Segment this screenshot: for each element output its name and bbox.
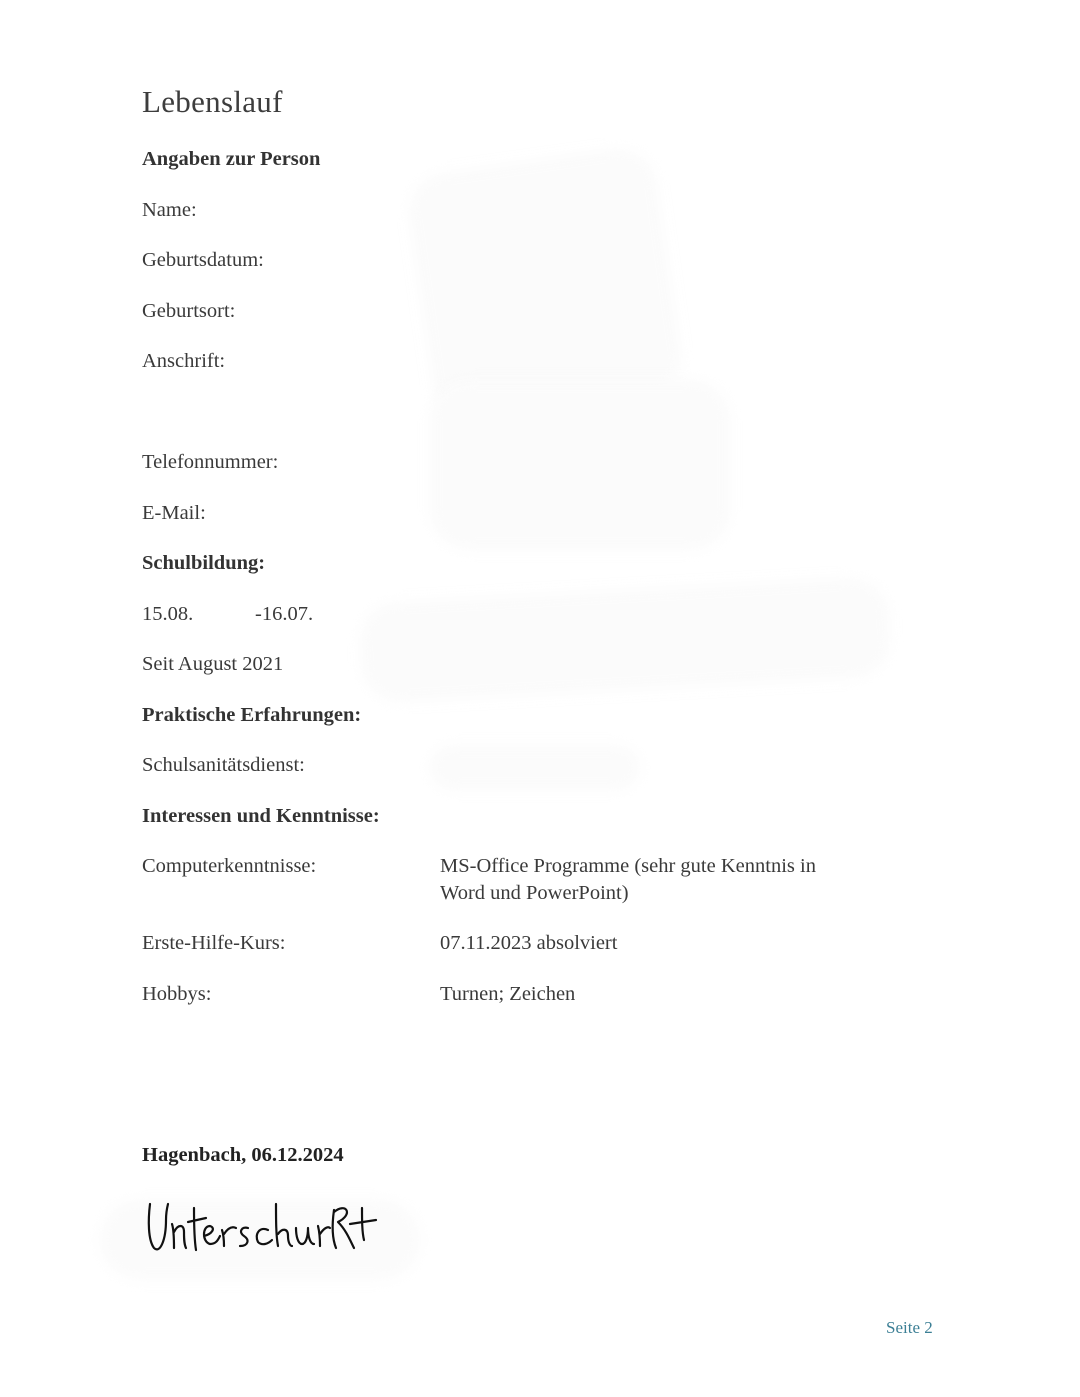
education-date-end: -16.07. — [255, 603, 313, 626]
section-heading-interests: Interessen und Kenntnisse: — [142, 805, 380, 828]
section-heading-personal: Angaben zur Person — [142, 148, 320, 171]
redaction-smudge — [430, 380, 730, 550]
field-label-address: Anschrift: — [142, 350, 225, 373]
education-date-current: Seit August 2021 — [142, 653, 283, 676]
education-date-start: 15.08. — [142, 603, 193, 626]
field-label-birthplace: Geburtsort: — [142, 300, 235, 323]
section-heading-education: Schulbildung: — [142, 552, 265, 575]
field-label-birthdate: Geburtsdatum: — [142, 249, 264, 272]
interest-label-computer: Computerkenntnisse: — [142, 855, 316, 878]
experience-label-schulsanitaet: Schulsanitätsdienst: — [142, 754, 305, 777]
field-label-email: E-Mail: — [142, 502, 206, 525]
document-title: Lebenslauf — [142, 84, 283, 120]
signature-image: Unterschrift — [140, 1190, 380, 1260]
redaction-smudge — [358, 576, 893, 704]
field-label-name: Name: — [142, 199, 197, 222]
interest-value-computer-line1: MS-Office Programme (sehr gute Kenntnis … — [440, 855, 816, 878]
interest-value-computer-line2: Word und PowerPoint) — [440, 882, 629, 905]
interest-value-hobbies: Turnen; Zeichen — [440, 983, 575, 1006]
interest-label-first-aid: Erste-Hilfe-Kurs: — [142, 932, 285, 955]
redaction-smudge — [430, 745, 640, 790]
interest-value-first-aid: 07.11.2023 absolviert — [440, 932, 617, 955]
place-date: Hagenbach, 06.12.2024 — [142, 1144, 344, 1167]
field-label-phone: Telefonnummer: — [142, 451, 278, 474]
page-number-footer: Seite 2 — [886, 1318, 933, 1338]
interest-label-hobbies: Hobbys: — [142, 983, 211, 1006]
section-heading-experience: Praktische Erfahrungen: — [142, 704, 361, 727]
